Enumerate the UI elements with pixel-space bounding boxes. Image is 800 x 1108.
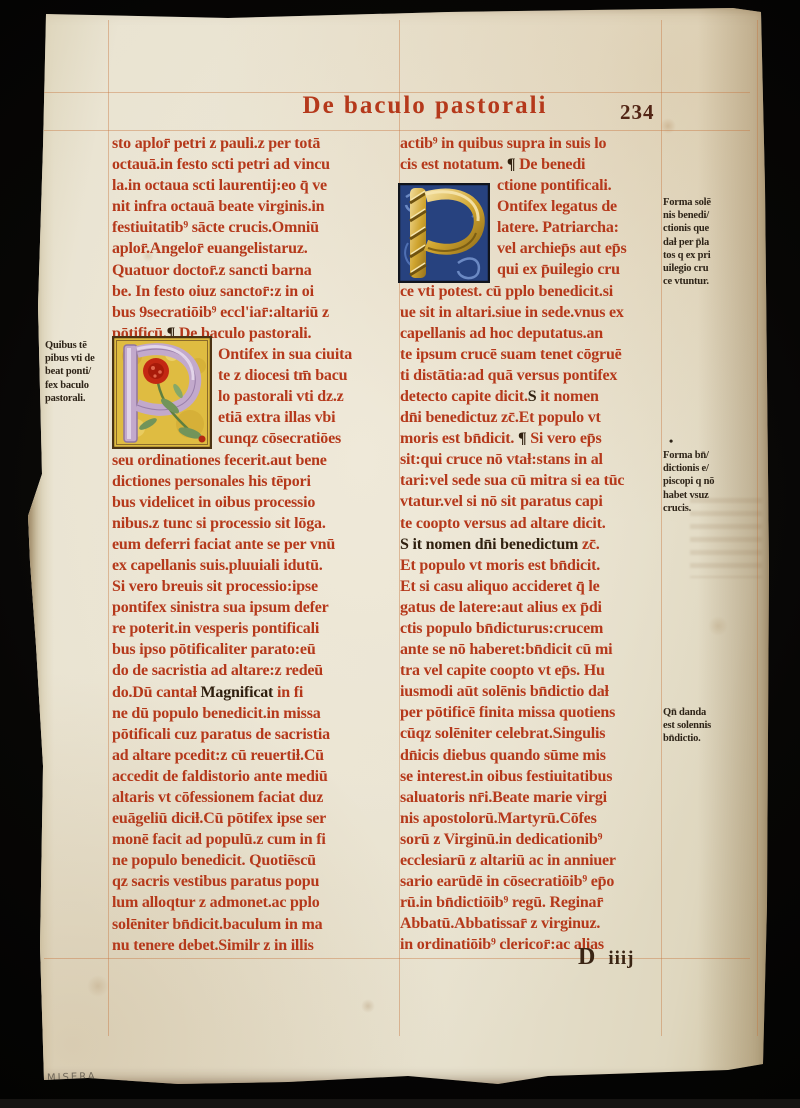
text-line: te z diocesi tm̄ bacu: [218, 365, 399, 386]
margin-note-right-3: Qn̄ dandaest solennisbn̄dictio.: [663, 706, 711, 746]
margin-note-left: Quibus tēpibus vti debeat ponti/fex bacu…: [45, 339, 95, 405]
text-line: vel archiep̄s aut ep̄s: [497, 238, 689, 259]
text-line: cis est notatum. ¶ De benedi: [400, 154, 689, 175]
text-line: dictionis e/: [663, 462, 714, 475]
text-line: in ordinatiōib⁹ clericor̄:ac alias: [400, 934, 689, 955]
text-line: lum alloqtur z admonet.ac pplo: [112, 892, 399, 913]
illuminated-initial-p-blue: [398, 183, 490, 283]
text-line: se interest.in oibus festiuitatibus: [400, 766, 689, 787]
right-column-beside-initial-text: ctione pontificali.Ontifex legatus delat…: [497, 175, 689, 280]
page-header-title: De baculo pastorali: [280, 92, 570, 120]
text-line: Quibus tē: [45, 339, 95, 352]
text-line: saluatoris nr̄i.Beate marie virgi: [400, 787, 689, 808]
text-line: te coopto versus ad altare dicit.: [400, 513, 689, 534]
pencil-inscription: MISERA: [47, 1071, 97, 1084]
right-column-top-text: actib⁹ in quibus supra in suis locis est…: [400, 133, 689, 175]
text-line: ti distātia:ad quā versus pontifex: [400, 365, 689, 386]
text-line: etiā extra illas vbi: [218, 407, 399, 428]
text-line: Ontifex in sua ciuita: [218, 344, 399, 365]
left-column-top-text: sto aplor̄ petri z pauli.z per totāoctau…: [112, 133, 399, 344]
text-line: do de sacristia ad altare:z redeū: [112, 660, 399, 681]
text-line: pōtificali cuz paratus de sacristia: [112, 724, 399, 745]
text-line: iusmodi aūt solēnis bn̄dictio daƚ: [400, 681, 689, 702]
text-line: ctione pontificali.: [497, 175, 689, 196]
text-line: pibus vti de: [45, 352, 95, 365]
text-line: octauā.in festo scti petri ad vincu: [112, 154, 399, 175]
text-line: Ontifex legatus de: [497, 196, 689, 217]
text-line: capellanis ad hoc deputatus.an: [400, 323, 689, 344]
initial-letter-p-flower-icon: [112, 336, 212, 449]
text-line: piscopi q nō: [663, 475, 714, 488]
text-line: sit:qui cruce nō vtaƚ:stans in al: [400, 449, 689, 470]
text-line: nis benedi/: [663, 209, 711, 222]
text-line: sto aplor̄ petri z pauli.z per totā: [112, 133, 399, 154]
text-line: Abbatū.Abbatissar̄ z virginuz.: [400, 913, 689, 934]
text-line: tra vel capite coopto vt ep̄s. Hu: [400, 660, 689, 681]
text-line: dn̄i benedictuz zc̄.Et populo vt: [400, 407, 689, 428]
text-line: seu ordinationes fecerit.aut bene: [112, 450, 399, 471]
text-line: ce vti potest. cū pplo benedicit.si: [400, 281, 689, 302]
text-line: nibus.z tunc si processio sit lōga.: [112, 513, 399, 534]
left-column-body-text: seu ordinationes fecerit.aut benediction…: [112, 450, 399, 956]
text-line: Forma bn̄/: [663, 449, 714, 462]
text-line: lo pastorali vti dz.z: [218, 386, 399, 407]
text-line: bus videlicet in oibus processio: [112, 492, 399, 513]
text-line: ce vtuntur.: [663, 275, 711, 288]
text-line: gatus de latere:aut alius ex p̄di: [400, 597, 689, 618]
text-line: Quatuor doctor̄.z sancti barna: [112, 260, 399, 281]
text-line: ctis populo bn̄dicturus:crucem: [400, 618, 689, 639]
text-line: pontifex sinistra sua ipsum defer: [112, 597, 399, 618]
table-edge-strip: [0, 1099, 800, 1108]
text-line: Qn̄ danda: [663, 706, 711, 719]
text-line: bus ipso pōtificaliter parato:eū: [112, 639, 399, 660]
verso-show-through: [690, 498, 762, 578]
text-line: dictiones personales his tēpori: [112, 471, 399, 492]
text-line: euāgeliū diciƚ.Cū pōtifex ipse ser: [112, 808, 399, 829]
text-line: fex baculo: [45, 379, 95, 392]
text-line: ue sit in altari.siue in sede.vnus ex: [400, 302, 689, 323]
book-leaf: De baculo pastorali 234 sto aplor̄ petri…: [28, 6, 772, 1088]
text-line: bn̄dictio.: [663, 732, 711, 745]
text-line: nit infra octauā beate virginis.in: [112, 196, 399, 217]
text-line: sario earūdē in cōsecratiōib⁹ ep̄o: [400, 871, 689, 892]
text-line: Si vero breuis sit processio:ipse: [112, 576, 399, 597]
text-line: altaris vt cōfessionem faciat duz: [112, 787, 399, 808]
text-line: detecto capite dicit.S it nomen: [400, 386, 689, 407]
text-line: S it nomen dn̄i benedictum zc̄.: [400, 534, 689, 555]
text-line: qui ex p̄uilegio cru: [497, 259, 689, 280]
text-line: ante se nō haberet:bn̄dicit cū mi: [400, 639, 689, 660]
text-line: beat ponti/: [45, 365, 95, 378]
text-line: re poterit.in vesperis pontificali: [112, 618, 399, 639]
left-column-beside-initial-text: Ontifex in sua ciuitate z diocesi tm̄ ba…: [218, 344, 399, 449]
text-line: nis apostolorū.Martyrū.Cōfes: [400, 808, 689, 829]
text-line: nu tenere debet.Similr z in illis: [112, 935, 399, 956]
text-line: ecclesiarū z altariū ac in anniuer: [400, 850, 689, 871]
text-line: sorū z Virginū.in dedicationib⁹: [400, 829, 689, 850]
signature-letter: D: [578, 944, 595, 970]
text-line: est solennis: [663, 719, 711, 732]
text-line: ad altare pcedit:z cū reuertiƚ.Cū: [112, 745, 399, 766]
text-line: tos q ex pri: [663, 249, 711, 262]
text-line: per pōtificē finita missa quotiens: [400, 702, 689, 723]
text-line: daƚ per p̄la: [663, 236, 711, 249]
text-line: te ipsum crucē suam tenet cōgruē: [400, 344, 689, 365]
text-line: latere. Patriarcha:: [497, 217, 689, 238]
text-line: eum deferri faciat ante se per vnū: [112, 534, 399, 555]
text-line: ne populo benedicit. Quotiēscū: [112, 850, 399, 871]
text-line: pastorali.: [45, 392, 95, 405]
ruled-line-horizontal-header: [44, 130, 750, 131]
text-line: actib⁹ in quibus supra in suis lo: [400, 133, 689, 154]
ruled-line-vertical-left: [108, 20, 109, 1036]
text-line: do.Dū cantaƚ Magnificat in fi: [112, 682, 399, 703]
text-line: Et si casu aliquo accideret q̄ le: [400, 576, 689, 597]
text-line: cunqz cōsecratiōes: [218, 428, 399, 449]
text-line: ex capellanis suis.pluuiali idutū.: [112, 555, 399, 576]
initial-letter-p-blue-icon: [398, 183, 490, 283]
text-line: solēniter bn̄dicit.baculum in ma: [112, 914, 399, 935]
signature-mark: Diiij: [578, 944, 635, 971]
text-line: uilegio cru: [663, 262, 711, 275]
text-line: be. In festo oiuz sanctor̄:z in oi: [112, 281, 399, 302]
text-line: monē facit ad populū.z cum in fi: [112, 829, 399, 850]
text-line: qz sacris vestibus paratus popu: [112, 871, 399, 892]
margin-note-bullet: •: [669, 434, 673, 449]
signature-numeral: iiij: [608, 948, 634, 969]
text-line: vtatur.vel si nō sit paratus capi: [400, 491, 689, 512]
text-line: bus 9secratiōib⁹ eccl'iar̄:altariū z: [112, 302, 399, 323]
text-line: la.in octaua scti laurentij:eo q̄ ve: [112, 175, 399, 196]
ruled-line-horizontal-bottom: [44, 958, 750, 959]
text-line: accedit de faldistorio ante mediū: [112, 766, 399, 787]
text-line: Forma solē: [663, 196, 711, 209]
text-line: cūqz solēniter celebrat.Singulis: [400, 723, 689, 744]
text-line: rū.in bn̄dictiōib⁹ regū. Reginar̄: [400, 892, 689, 913]
illuminated-initial-p-flower: [112, 336, 212, 449]
text-line: Et populo vt moris est bn̄dicit.: [400, 555, 689, 576]
text-line: ctionis que: [663, 222, 711, 235]
right-column-body-text: ce vti potest. cū pplo benedicit.siue si…: [400, 281, 689, 956]
text-line: festiuitatib⁹ sācte crucis.Omniū: [112, 217, 399, 238]
photo-background: De baculo pastorali 234 sto aplor̄ petri…: [0, 0, 800, 1108]
text-line: aplor̄.Angelor̄ euangelistaruz.: [112, 238, 399, 259]
margin-note-right-1: Forma solēnis benedi/ctionis quedaƚ per …: [663, 196, 711, 288]
text-line: ne dū populo benedicit.in missa: [112, 703, 399, 724]
text-line: dn̄icis diebus quando sūme mis: [400, 745, 689, 766]
text-line: moris est bn̄dicit. ¶ Si vero ep̄s: [400, 428, 689, 449]
page-number: 234: [620, 100, 655, 125]
text-line: tari:vel sede sua cū mitra si ea tūc: [400, 470, 689, 491]
